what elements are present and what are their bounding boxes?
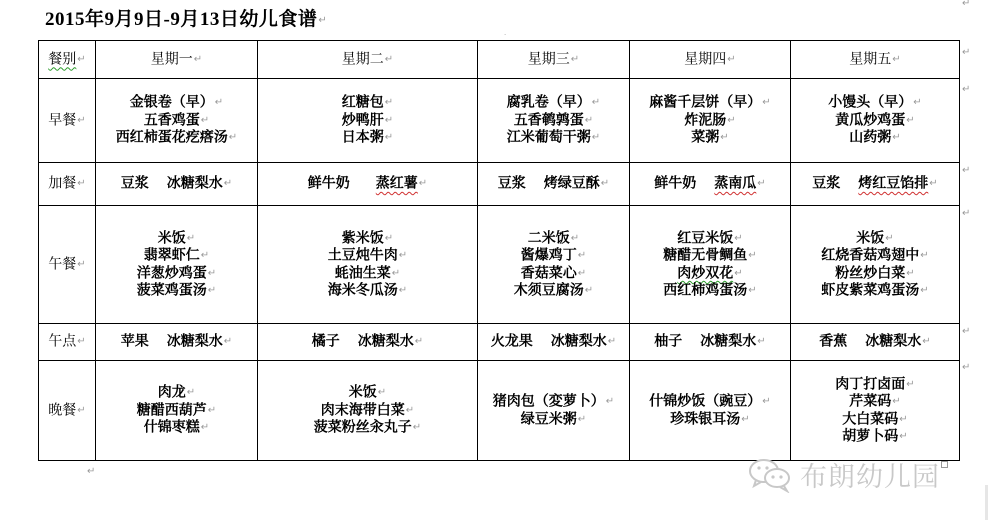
table-anchor-icon: ·: [504, 31, 506, 39]
menu-cell: 米饭↵ 红烧香菇鸡翅中↵ 粉丝炒白菜↵ 虾皮紫菜鸡蛋汤↵: [791, 206, 960, 324]
paragraph-mark-icon: ↵: [194, 54, 202, 65]
dish: 米饭↵: [96, 230, 257, 248]
corner-header-text: 餐别: [48, 51, 76, 67]
paragraph-mark-icon: ↵: [77, 115, 85, 126]
wechat-icon: [748, 457, 794, 493]
dish: 火龙果冰糖梨水↵: [478, 333, 629, 351]
menu-cell: 金银卷（早）↵ 五香鸡蛋↵ 西红柿蛋花疙瘩汤↵: [96, 79, 258, 163]
dish: 菠菜粉丝汆丸子↵: [258, 419, 477, 437]
dish: 豆浆烤红豆馅排↵: [791, 175, 959, 193]
menu-cell: 小馒头（早）↵ 黄瓜炒鸡蛋↵ 山药粥↵: [791, 79, 960, 163]
day-header: 星期四↵: [630, 41, 791, 79]
meal-label-text: 午餐: [48, 256, 76, 272]
dish: 日本粥↵: [258, 129, 477, 147]
dish: 红糖包↵: [258, 94, 477, 112]
dish: 米饭↵: [791, 230, 959, 248]
dish: 红烧香菇鸡翅中↵: [791, 247, 959, 265]
dish: 肉炒双花↵: [630, 265, 790, 283]
paragraph-mark-icon: ↵: [727, 54, 735, 65]
dish: 虾皮紫菜鸡蛋汤↵: [791, 282, 959, 300]
meal-label: 早餐↵: [39, 79, 96, 163]
dish: 金银卷（早）↵: [96, 94, 257, 112]
menu-cell: 米饭↵ 肉末海带白菜↵ 菠菜粉丝汆丸子↵: [258, 361, 478, 461]
dish: 酱爆鸡丁↵: [478, 247, 629, 265]
menu-cell: 鲜牛奶蒸红薯↵: [258, 163, 478, 206]
paragraph-mark-icon: ↵: [77, 54, 85, 65]
dish: 猪肉包（変萝卜）↵: [478, 393, 629, 411]
dish: 五香鸡蛋↵: [96, 112, 257, 130]
dish: 芹菜码↵: [791, 393, 959, 411]
meal-label-text: 早餐: [48, 112, 76, 128]
menu-cell: 豆浆烤红豆馅排↵: [791, 163, 960, 206]
paragraph-mark-icon: ↵: [77, 336, 85, 347]
paragraph-mark-icon: ↵: [385, 54, 393, 65]
day-label: 星期三: [528, 51, 570, 67]
dish: 五香鹌鹑蛋↵: [478, 112, 629, 130]
menu-cell: 火龙果冰糖梨水↵: [478, 324, 630, 361]
dish: 西红柿鸡蛋汤↵: [630, 282, 790, 300]
paragraph-mark-icon: ↵: [77, 405, 85, 416]
header-row: 餐别↵ 星期一↵ 星期二↵ 星期三↵ 星期四↵ 星期五↵: [39, 41, 960, 79]
dish: 木须豆腐汤↵: [478, 282, 629, 300]
dish: 菠菜鸡蛋汤↵: [96, 282, 257, 300]
dish: 炒鸭肝↵: [258, 112, 477, 130]
paragraph-mark-icon: ↵: [87, 466, 95, 477]
menu-cell: 肉丁打卤面↵ 芹菜码↵ 大白菜码↵ 胡萝卜码↵: [791, 361, 960, 461]
dish: 豆浆烤绿豆酥↵: [478, 175, 629, 193]
dish: 豆浆冰糖梨水↵: [96, 175, 257, 193]
menu-cell: 香蕉冰糖梨水↵: [791, 324, 960, 361]
dish: 柚子冰糖梨水↵: [630, 333, 790, 351]
dish: 肉龙↵: [96, 384, 257, 402]
corner-header: 餐别↵: [39, 41, 96, 79]
paragraph-mark-icon: ↵: [962, 326, 970, 337]
day-label: 星期四: [684, 51, 726, 67]
dish: 橘子冰糖梨水↵: [258, 333, 477, 351]
title-text: 2015年9月9日-9月13日幼儿食谱: [45, 9, 317, 30]
menu-cell: 紫米饭↵ 土豆炖牛肉↵ 蚝油生菜↵ 海米冬瓜汤↵: [258, 206, 478, 324]
meal-label: 晚餐↵: [39, 361, 96, 461]
dish: 海米冬瓜汤↵: [258, 282, 477, 300]
meal-row-dinner: 晚餐↵ 肉龙↵ 糖醋西葫芦↵ 什锦枣糕↵ 米饭↵ 肉末海带白菜↵ 菠菜粉丝汆丸子…: [39, 361, 960, 461]
dish: 江米葡萄干粥↵: [478, 129, 629, 147]
menu-cell: 腐乳卷（早）↵ 五香鹌鹑蛋↵ 江米葡萄干粥↵: [478, 79, 630, 163]
meal-label: 午点↵: [39, 324, 96, 361]
dish: 西红柿蛋花疙瘩汤↵: [96, 129, 257, 147]
menu-cell: 二米饭↵ 酱爆鸡丁↵ 香菇菜心↵ 木须豆腐汤↵: [478, 206, 630, 324]
dish: 蚝油生菜↵: [258, 265, 477, 283]
dish: 土豆炖牛肉↵: [258, 247, 477, 265]
document-title: 2015年9月9日-9月13日幼儿食谱↵: [45, 4, 327, 31]
meal-label-text: 加餐: [48, 176, 76, 192]
dish: 香菇菜心↵: [478, 265, 629, 283]
dish: 什锦炒饭（豌豆）↵: [630, 393, 790, 411]
day-header: 星期三↵: [478, 41, 630, 79]
dish: 香蕉冰糖梨水↵: [791, 333, 959, 351]
meal-label: 午餐↵: [39, 206, 96, 324]
dish: 炸泥肠↵: [630, 112, 790, 130]
dish: 翡翠虾仁↵: [96, 247, 257, 265]
meal-row-lunch: 午餐↵ 米饭↵ 翡翠虾仁↵ 洋葱炒鸡蛋↵ 菠菜鸡蛋汤↵ 紫米饭↵ 土豆炖牛肉↵ …: [39, 206, 960, 324]
paragraph-mark-icon: ↵: [77, 178, 85, 189]
menu-cell: 肉龙↵ 糖醋西葫芦↵ 什锦枣糕↵: [96, 361, 258, 461]
menu-cell: 红糖包↵ 炒鸭肝↵ 日本粥↵: [258, 79, 478, 163]
menu-cell: 柚子冰糖梨水↵: [630, 324, 791, 361]
menu-cell: 什锦炒饭（豌豆）↵ 珍珠银耳汤↵: [630, 361, 791, 461]
watermark-text: 布朗幼儿园: [800, 455, 940, 494]
day-header: 星期二↵: [258, 41, 478, 79]
dish: 米饭↵: [258, 384, 477, 402]
menu-cell: 红豆米饭↵ 糖醋无骨鲷鱼↵ 肉炒双花↵ 西红柿鸡蛋汤↵: [630, 206, 791, 324]
anchor-square-icon: [941, 461, 948, 468]
paragraph-mark-icon: ↵: [962, 208, 970, 219]
dish: 珍珠银耳汤↵: [630, 411, 790, 429]
dish: 粉丝炒白菜↵: [791, 265, 959, 283]
menu-cell: 麻酱千层饼（早）↵ 炸泥肠↵ 菜粥↵: [630, 79, 791, 163]
dish: 麻酱千层饼（早）↵: [630, 94, 790, 112]
dish: 什锦枣糕↵: [96, 419, 257, 437]
day-label: 星期一: [151, 51, 193, 67]
menu-cell: 苹果冰糖梨水↵: [96, 324, 258, 361]
dish: 苹果冰糖梨水↵: [96, 333, 257, 351]
paragraph-mark-icon: ↵: [962, 0, 970, 9]
paragraph-mark-icon: ↵: [962, 362, 970, 373]
dish: 菜粥↵: [630, 129, 790, 147]
meal-label-text: 午点: [48, 334, 76, 350]
dish: 肉末海带白菜↵: [258, 402, 477, 420]
paragraph-mark-icon: ↵: [892, 54, 900, 65]
dish: 大白菜码↵: [791, 411, 959, 429]
paragraph-mark-icon: ↵: [962, 47, 970, 58]
paragraph-mark-icon: ↵: [962, 165, 970, 176]
menu-cell: 米饭↵ 翡翠虾仁↵ 洋葱炒鸡蛋↵ 菠菜鸡蛋汤↵: [96, 206, 258, 324]
meal-row-breakfast: 早餐↵ 金银卷（早）↵ 五香鸡蛋↵ 西红柿蛋花疙瘩汤↵ 红糖包↵ 炒鸭肝↵ 日本…: [39, 79, 960, 163]
dish: 二米饭↵: [478, 230, 629, 248]
meal-row-afternoon-snack: 午点↵ 苹果冰糖梨水↵ 橘子冰糖梨水↵ 火龙果冰糖梨水↵ 柚子冰糖梨水↵ 香蕉冰…: [39, 324, 960, 361]
dish: 糖醋无骨鲷鱼↵: [630, 247, 790, 265]
dish: 糖醋西葫芦↵: [96, 402, 257, 420]
dish: 紫米饭↵: [258, 230, 477, 248]
dish: 胡萝卜码↵: [791, 428, 959, 446]
menu-table: 餐别↵ 星期一↵ 星期二↵ 星期三↵ 星期四↵ 星期五↵ 早餐↵ 金银卷（早）↵…: [38, 40, 960, 461]
paragraph-mark-icon: ↵: [962, 84, 970, 95]
day-label: 星期二: [342, 51, 384, 67]
dish: 鲜牛奶蒸红薯↵: [258, 175, 477, 193]
menu-cell: 豆浆冰糖梨水↵: [96, 163, 258, 206]
day-label: 星期五: [849, 51, 891, 67]
paragraph-mark-icon: ↵: [571, 54, 579, 65]
menu-cell: 豆浆烤绿豆酥↵: [478, 163, 630, 206]
dish: 黄瓜炒鸡蛋↵: [791, 112, 959, 130]
dish: 鲜牛奶蒸南瓜↵: [630, 175, 790, 193]
dish: 腐乳卷（早）↵: [478, 94, 629, 112]
menu-cell: 猪肉包（変萝卜）↵ 绿豆米粥↵: [478, 361, 630, 461]
dish: 红豆米饭↵: [630, 230, 790, 248]
meal-row-snack: 加餐↵ 豆浆冰糖梨水↵ 鲜牛奶蒸红薯↵ 豆浆烤绿豆酥↵ 鲜牛奶蒸南瓜↵ 豆浆烤红…: [39, 163, 960, 206]
paragraph-mark-icon: ↵: [318, 15, 327, 26]
day-header: 星期五↵: [791, 41, 960, 79]
dish: 肉丁打卤面↵: [791, 376, 959, 394]
dish: 山药粥↵: [791, 129, 959, 147]
menu-cell: 鲜牛奶蒸南瓜↵: [630, 163, 791, 206]
dish: 绿豆米粥↵: [478, 411, 629, 429]
meal-label: 加餐↵: [39, 163, 96, 206]
watermark: 布朗幼儿园: [748, 455, 948, 494]
menu-cell: 橘子冰糖梨水↵: [258, 324, 478, 361]
meal-label-text: 晚餐: [48, 402, 76, 418]
dish: 洋葱炒鸡蛋↵: [96, 265, 257, 283]
dish: 小馒头（早）↵: [791, 94, 959, 112]
paragraph-mark-icon: ↵: [77, 259, 85, 270]
day-header: 星期一↵: [96, 41, 258, 79]
